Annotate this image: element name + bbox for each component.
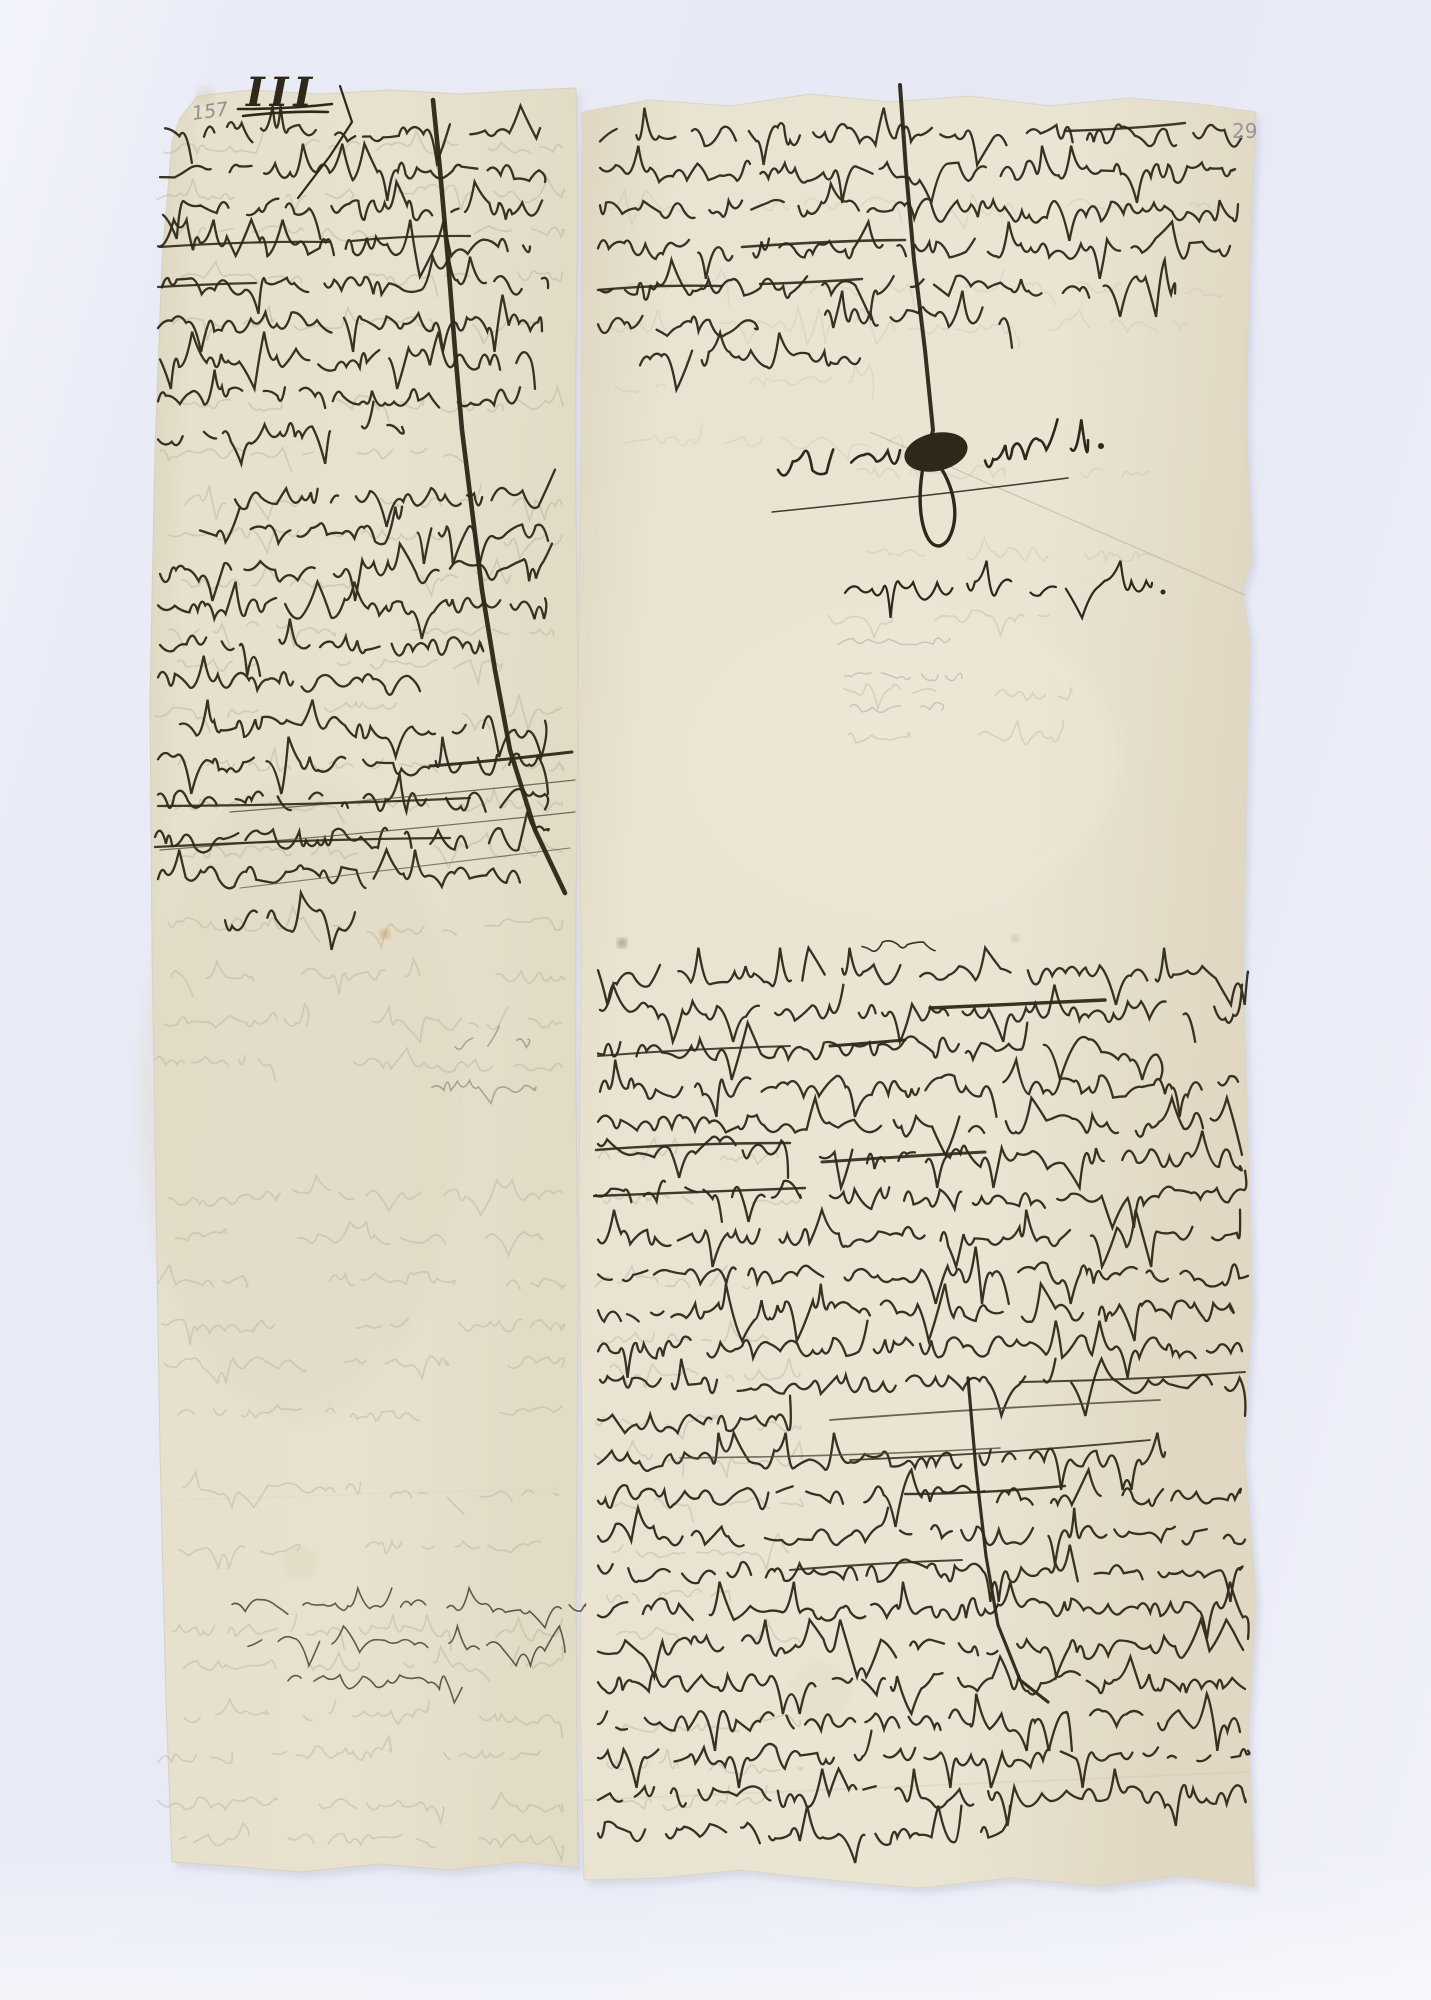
right-paper-sheet [578, 94, 1256, 1888]
paper-mottling [140, 780, 460, 1420]
paper-stain [284, 1547, 316, 1579]
manuscript-scan: III 157 29 [0, 0, 1431, 2000]
paper-highlight [680, 600, 1120, 920]
manuscript-svg: III 157 29 [0, 0, 1431, 2000]
paper-stain [617, 938, 627, 948]
folio-number: 29 [1232, 119, 1257, 143]
paper-sheets-layer [140, 86, 1261, 1894]
paper-stain [1011, 934, 1019, 942]
